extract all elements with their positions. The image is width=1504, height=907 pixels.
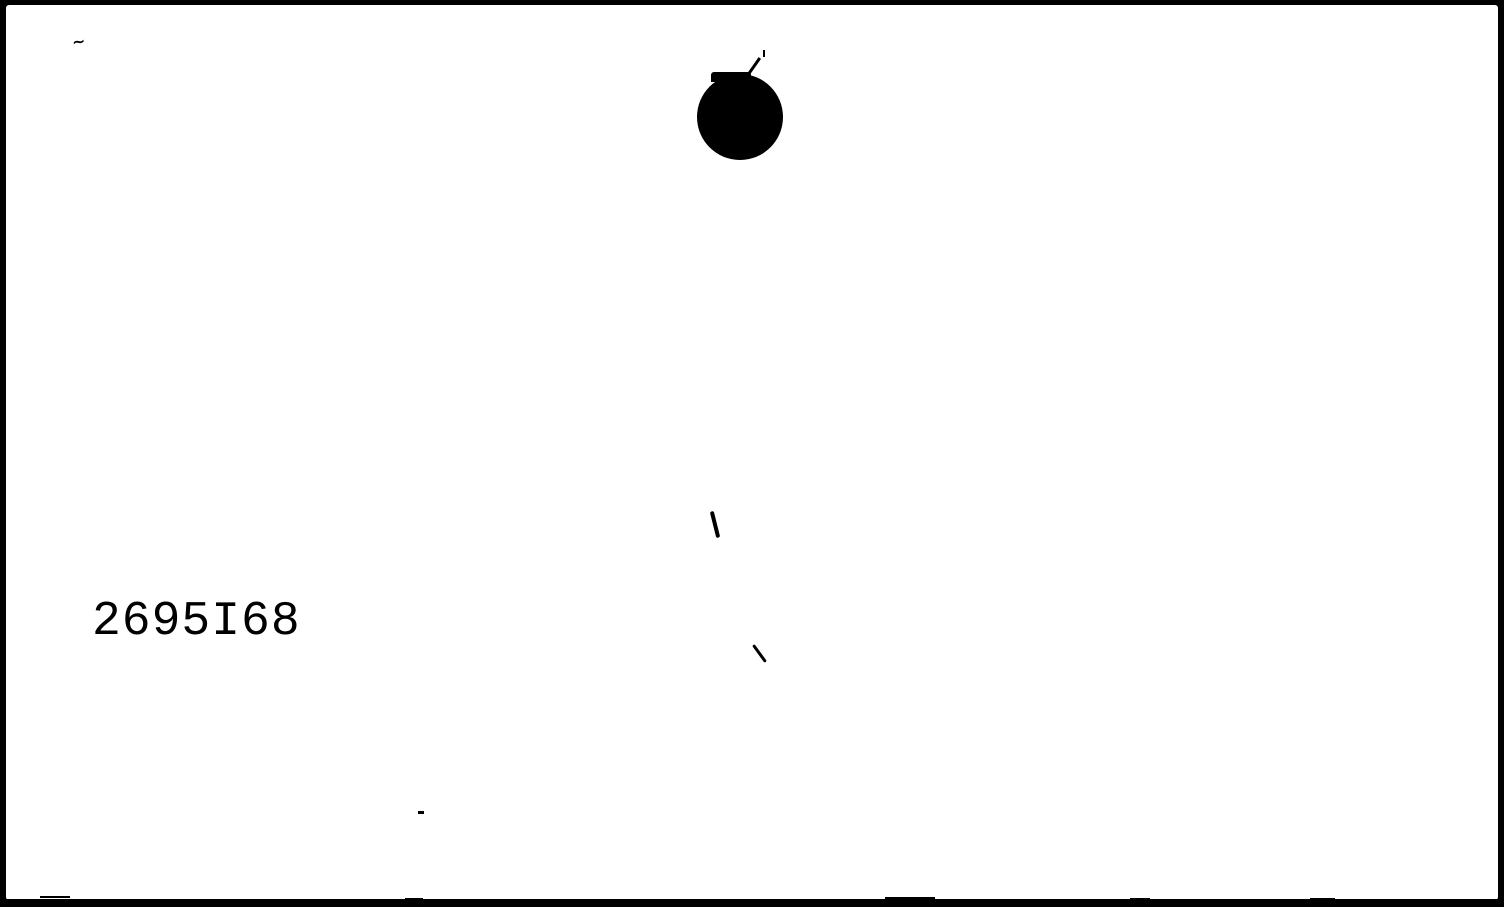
corner-handwritten-mark: ~ [71,33,87,51]
punch-hole [697,74,783,160]
scan-bottom-edge [0,899,1504,907]
punch-hole-speck [763,50,765,57]
document-number: 2695I68 [92,598,301,646]
dust-speck [418,811,424,814]
edge-artifact [40,896,70,898]
